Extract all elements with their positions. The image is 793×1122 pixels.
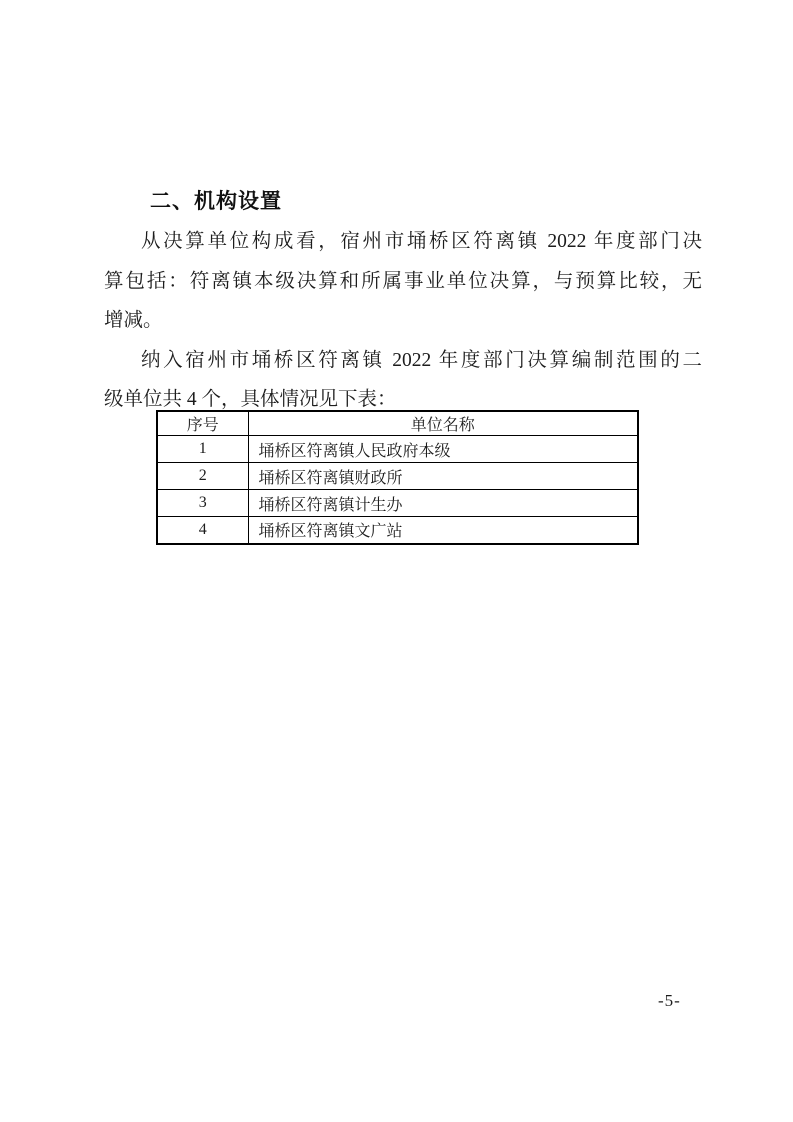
unit-name-cell: 埇桥区符离镇文广站	[248, 517, 638, 544]
table-header-unit-name: 单位名称	[248, 411, 638, 436]
table-header-sequence: 序号	[157, 411, 248, 436]
unit-name-cell: 埇桥区符离镇计生办	[248, 490, 638, 517]
table-row: 4 埇桥区符离镇文广站	[157, 517, 638, 544]
row-number-cell: 4	[157, 517, 248, 544]
section-heading: 二、机构设置	[104, 182, 702, 222]
table-header-row: 序号 单位名称	[157, 411, 638, 436]
body-text: 二、机构设置 从决算单位构成看，宿州市埇桥区符离镇 2022 年度部门决 算包括…	[104, 182, 702, 420]
paragraph-line: 纳入宿州市埇桥区符离镇 2022 年度部门决算编制范围的二	[104, 341, 702, 381]
paragraph-2: 纳入宿州市埇桥区符离镇 2022 年度部门决算编制范围的二 级单位共 4 个，具…	[104, 341, 702, 420]
paragraph-1: 从决算单位构成看，宿州市埇桥区符离镇 2022 年度部门决 算包括：符离镇本级决…	[104, 222, 702, 341]
table-row: 1 埇桥区符离镇人民政府本级	[157, 436, 638, 463]
row-number-cell: 2	[157, 463, 248, 490]
table-row: 3 埇桥区符离镇计生办	[157, 490, 638, 517]
row-number-cell: 1	[157, 436, 248, 463]
paragraph-line: 算包括：符离镇本级决算和所属事业单位决算，与预算比较，无	[104, 262, 702, 302]
unit-name-cell: 埇桥区符离镇人民政府本级	[248, 436, 638, 463]
paragraph-line: 增减。	[104, 301, 702, 341]
row-number-cell: 3	[157, 490, 248, 517]
table-row: 2 埇桥区符离镇财政所	[157, 463, 638, 490]
page-number: -5-	[658, 991, 681, 1011]
paragraph-line: 从决算单位构成看，宿州市埇桥区符离镇 2022 年度部门决	[104, 222, 702, 262]
unit-name-cell: 埇桥区符离镇财政所	[248, 463, 638, 490]
document-page: 二、机构设置 从决算单位构成看，宿州市埇桥区符离镇 2022 年度部门决 算包括…	[0, 0, 793, 1122]
units-table: 序号 单位名称 1 埇桥区符离镇人民政府本级 2 埇桥区符离镇财政所 3 埇桥区…	[156, 410, 639, 545]
